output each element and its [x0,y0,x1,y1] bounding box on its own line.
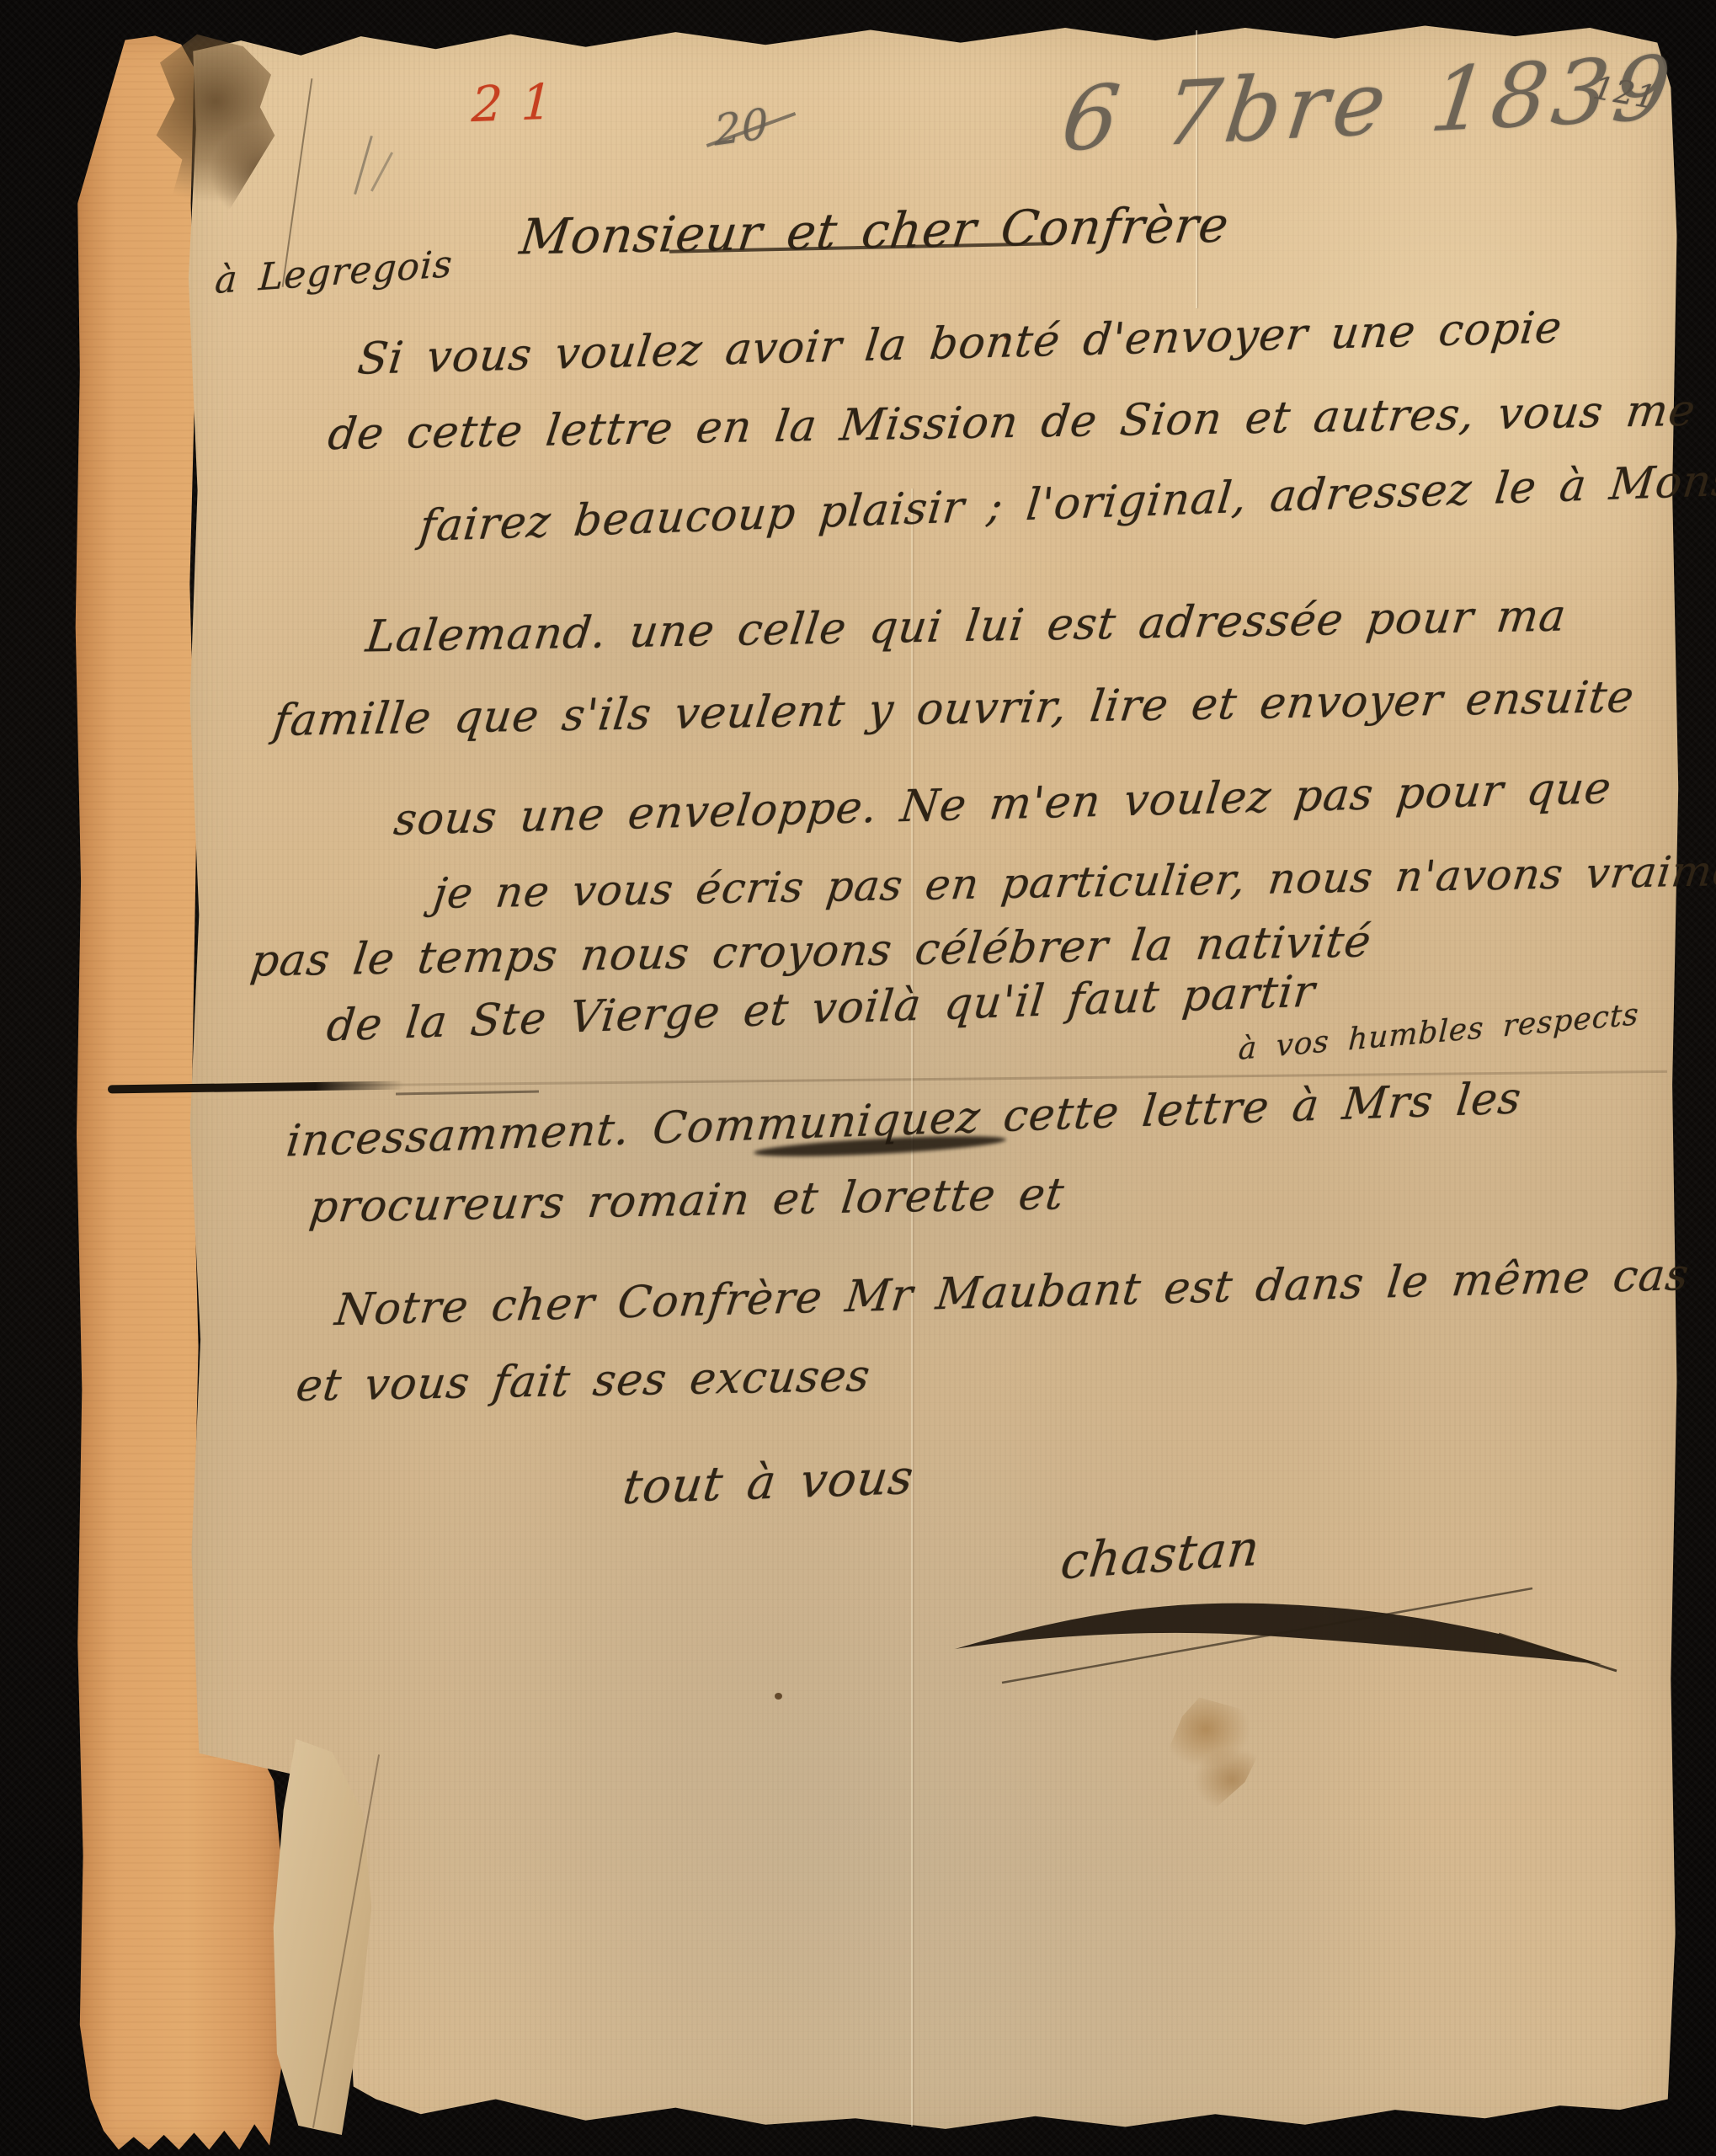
ink-speck-1 [775,1693,782,1700]
signature-flourish [943,1583,1633,1693]
manuscript-line: et vous fait ses excuses [293,1351,873,1412]
manuscript-scan: 21 20 6 7bre 1839 121 à Legregois Monsie… [0,0,1716,2156]
red-number: 21 [471,72,572,133]
closing: tout à vous [620,1450,917,1515]
